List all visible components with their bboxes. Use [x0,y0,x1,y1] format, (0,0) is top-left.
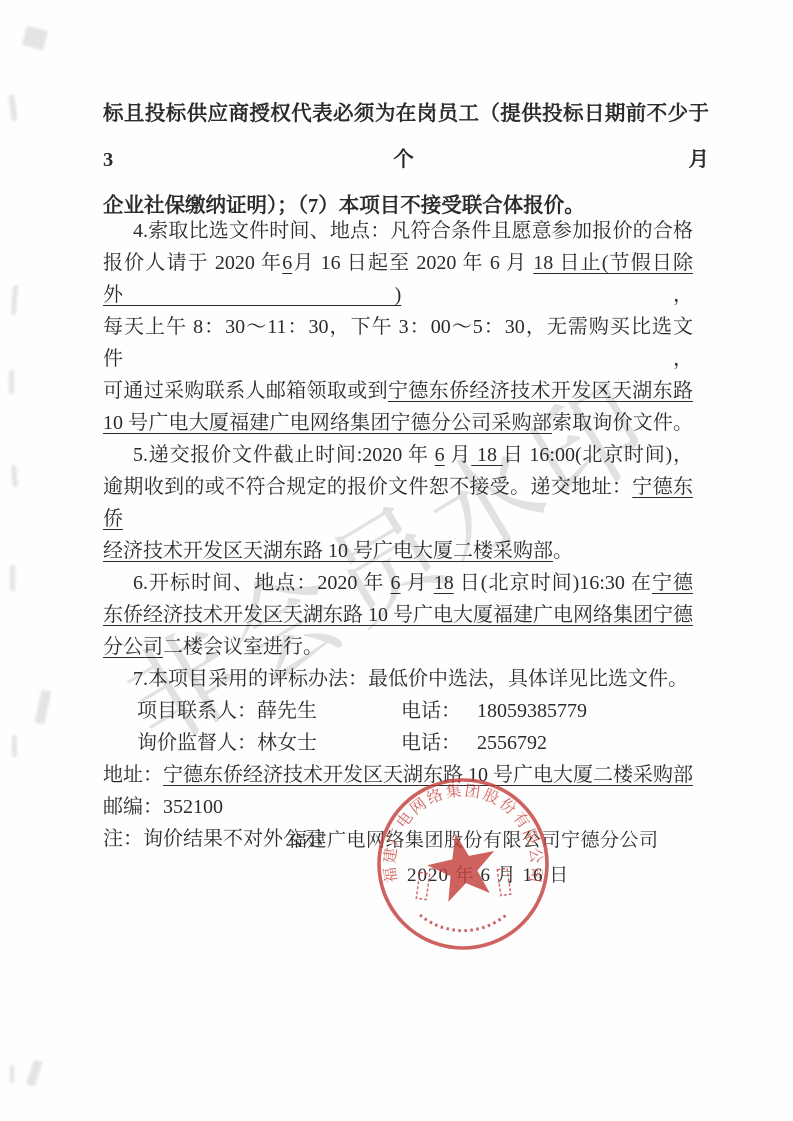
text-segment: 邮编：352100 [103,796,223,818]
text-line: 项目联系人：薛先生 电话： 18059385779 [103,695,693,727]
underlined-text: 分公司 [103,636,163,658]
text-segment: 二楼会议室进行。 [163,636,323,658]
text-segment: 企业社保缴纳证明）；（7）本项目不接受联合体报价。 [103,195,585,217]
spacer [317,727,401,759]
spacer [317,695,401,727]
text-segment: ， [401,284,693,306]
text-segment: 索取询价文件。 [552,412,693,434]
text-line: 邮编：352100 [103,791,693,823]
underlined-text: 6 [435,444,445,466]
intro-paragraph: 标且投标供应商授权代表必须为在岗员工（提供投标日期前不少于 3 个月企业社保缴纳… [103,91,709,229]
text-line: 逾期收到的或不符合规定的报价文件恕不接受。递交地址：宁德东侨 [103,471,693,535]
text-segment: 月 [401,572,434,594]
seal-serial-marks [420,915,506,931]
body-paragraph: 4.索取比选文件时间、地点：凡符合条件且愿意参加报价的合格报价人请于 2020 … [103,215,693,855]
text-line: 7.本项目采用的评标办法：最低价中选法，具体详见比选文件。 [103,663,693,695]
text-segment: 地址： [103,764,163,786]
text-segment: 电话： [401,700,461,722]
text-line: 6.开标时间、地点：2020 年 6 月 18 日(北京时间)16:30 在宁德 [103,567,693,599]
text-segment: 月 16 日起至 2020 年 6 月 [292,252,533,274]
text-line: 10 号广电大厦福建广电网络集团宁德分公司采购部索取询价文件。 [103,407,693,439]
text-line: 标且投标供应商授权代表必须为在岗员工（提供投标日期前不少于 3 个月 [103,91,709,183]
text-line: 询价监督人：林女士 电话： 2556792 [103,727,693,759]
text-line: 分公司二楼会议室进行。 [103,631,693,663]
text-segment: 项目联系人：薛先生 [137,700,317,722]
underlined-text: 6 [391,572,401,594]
underlined-text: 10 号广电大厦福建广电网络集团宁德分公司采购部 [103,412,552,434]
text-segment: 日(北京时间)16:30 在 [454,572,652,594]
scanned-document-page: 非会员水印 标且投标供应商授权代表必须为在岗员工（提供投标日期前不少于 3 个月… [0,0,793,1121]
underlined-text: 宁德东侨经济技术开发区天湖东路 [388,380,693,402]
underlined-text: 经济技术开发区天湖东路 10 号广电大厦二楼采购部 [103,540,553,562]
underlined-text: 宁德东侨经济技术开发区天湖东路 10 号广电大厦二楼采购部 [163,764,693,786]
signature-date: 2020 年 6 月 16 日 [407,860,569,887]
text-segment: 每天上午 8：30～11：30，下午 3：00～5：30，无需购买比选文件， [103,316,693,370]
text-segment: 。 [553,540,573,562]
text-segment: 询价监督人：林女士 [137,732,317,754]
underlined-text: 宁德 [652,572,693,594]
text-line: 经济技术开发区天湖东路 10 号广电大厦二楼采购部。 [103,535,693,567]
underlined-text: 18 [434,572,454,594]
text-line: 地址：宁德东侨经济技术开发区天湖东路 10 号广电大厦二楼采购部 [103,759,693,791]
text-segment: 2556792 [477,732,547,754]
text-line: 每天上午 8：30～11：30，下午 3：00～5：30，无需购买比选文件， [103,311,693,375]
text-segment: 18059385779 [477,700,587,722]
text-segment: 月 [445,444,472,466]
text-segment: 日 16:00(北京时间)， [503,444,693,466]
text-line: 东侨经济技术开发区天湖东路 10 号广电大厦福建广电网络集团宁德 [103,599,693,631]
underlined-text: 东侨经济技术开发区天湖东路 10 号广电大厦福建广电网络集团宁德 [103,604,693,626]
text-line: 4.索取比选文件时间、地点：凡符合条件且愿意参加报价的合格 [103,215,693,247]
text-segment: 标且投标供应商授权代表必须为在岗员工（提供投标日期前不少于 3 个月 [103,103,709,171]
text-segment: 电话： [401,732,461,754]
text-segment: 7.本项目采用的评标办法：最低价中选法，具体详见比选文件。 [133,668,688,690]
text-segment: 4.索取比选文件时间、地点：凡符合条件且愿意参加报价的合格 [133,220,693,242]
text-segment: 5.递交报价文件截止时间:2020 年 [133,444,435,466]
underlined-text: 6 [282,252,292,274]
text-segment: 逾期收到的或不符合规定的报价文件恕不接受。递交地址： [103,476,632,498]
spacer [461,727,477,759]
spacer [461,695,477,727]
text-line: 可通过采购联系人邮箱领取或到宁德东侨经济技术开发区天湖东路 [103,375,693,407]
text-segment: 6.开标时间、地点：2020 年 [133,572,391,594]
signature-company: 福建广电网络集团股份有限公司宁德分公司 [288,825,659,852]
text-segment: 报价人请于 2020 年 [103,252,282,274]
text-line: 报价人请于 2020 年6月 16 日起至 2020 年 6 月 18 日止(节… [103,247,693,311]
text-segment: 可通过采购联系人邮箱领取或到 [103,380,388,402]
underlined-text: 18 [471,444,503,466]
text-line: 5.递交报价文件截止时间:2020 年 6 月 18 日 16:00(北京时间)… [103,439,693,471]
